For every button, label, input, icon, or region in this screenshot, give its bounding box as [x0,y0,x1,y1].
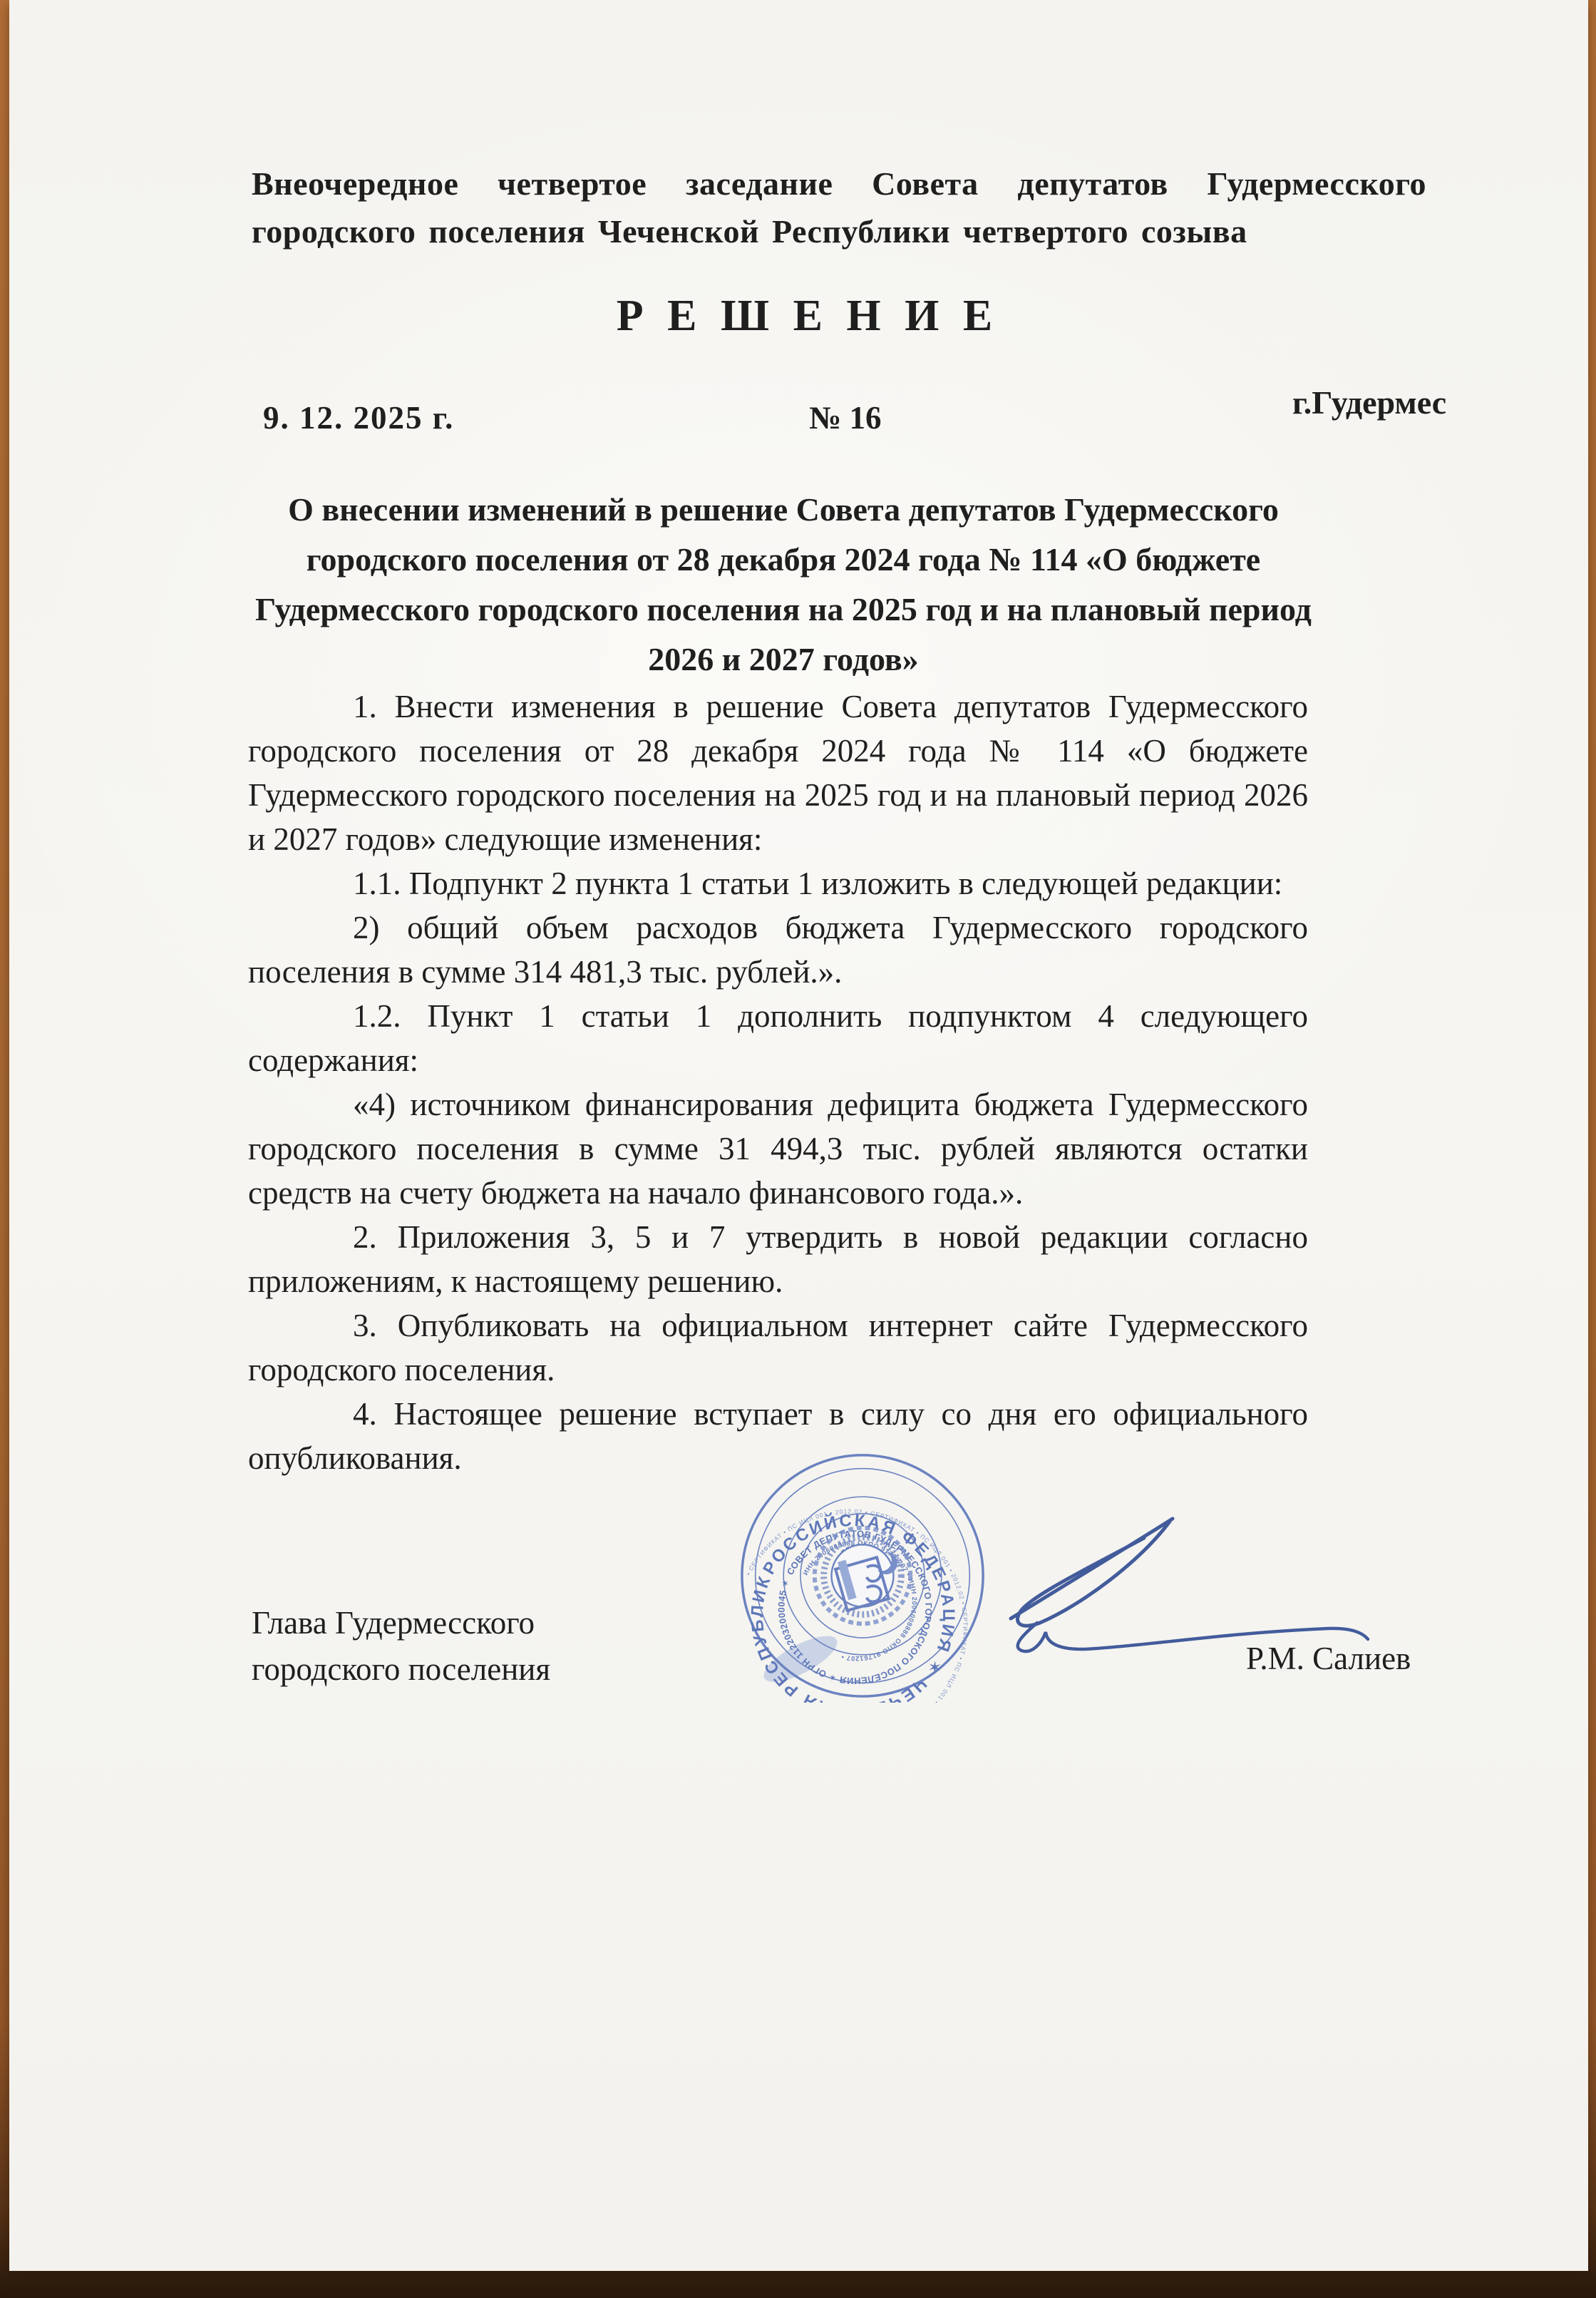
session-header: Внеочередное четвертое заседание Совета … [252,160,1426,255]
body-paragraph-2p: 2) общий объем расходов бюджета Гудермес… [248,906,1308,994]
signature-svg [957,1510,1385,1663]
signature-role: Глава Гудермесского городского поселения [252,1600,550,1693]
document-place: г.Гудермес [1292,384,1446,421]
signature-diagonal-stroke [1011,1519,1173,1619]
body-paragraph-1-1: 1.1. Подпункт 2 пункта 1 статьи 1 изложи… [248,861,1308,906]
document-paper: Внеочередное четвертое заседание Совета … [9,0,1588,2271]
body-paragraph-1: 1. Внести изменения в решение Совета деп… [248,684,1308,861]
document-body: 1. Внести изменения в решение Совета деп… [248,684,1308,1480]
signature-loop-and-tail [1018,1623,1368,1651]
body-paragraph-4p: «4) источником финансирования дефицита б… [248,1082,1308,1215]
document-number: № 16 [809,399,881,436]
document-date: 9. 12. 2025 г. [263,399,454,436]
body-paragraph-3: 3. Опубликовать на официальном интернет … [248,1303,1308,1392]
signature-strokes [1011,1519,1368,1651]
document-type-heading: Р Е Ш Е Н И Е [273,291,1342,342]
signature-role-line1: Глава Гудермесского [252,1600,550,1646]
signature-leaf-stroke [1017,1522,1170,1626]
official-stamp: • СЕРТИФИКАТ • ПС ИЦЛ 001 • 2012.02 • СЕ… [736,1449,989,1703]
photographed-document: { "doc": { "session_header": "Внеочередн… [0,0,1596,2298]
body-paragraph-2: 2. Приложения 3, 5 и 7 утвердить в новой… [248,1215,1308,1303]
document-title: О внесении изменений в решение Совета де… [249,485,1318,684]
stamp-svg: • СЕРТИФИКАТ • ПС ИЦЛ 001 • 2012.02 • СЕ… [736,1449,989,1703]
handwritten-signature [957,1510,1385,1663]
stamp-emblem-circle [831,1544,893,1606]
body-paragraph-1-2: 1.2. Пункт 1 статьи 1 дополнить подпункт… [248,994,1308,1082]
signature-role-line2: городского поселения [252,1646,550,1693]
stamp-graphic: • СЕРТИФИКАТ • ПС ИЦЛ 001 • 2012.02 • СЕ… [736,1449,983,1703]
